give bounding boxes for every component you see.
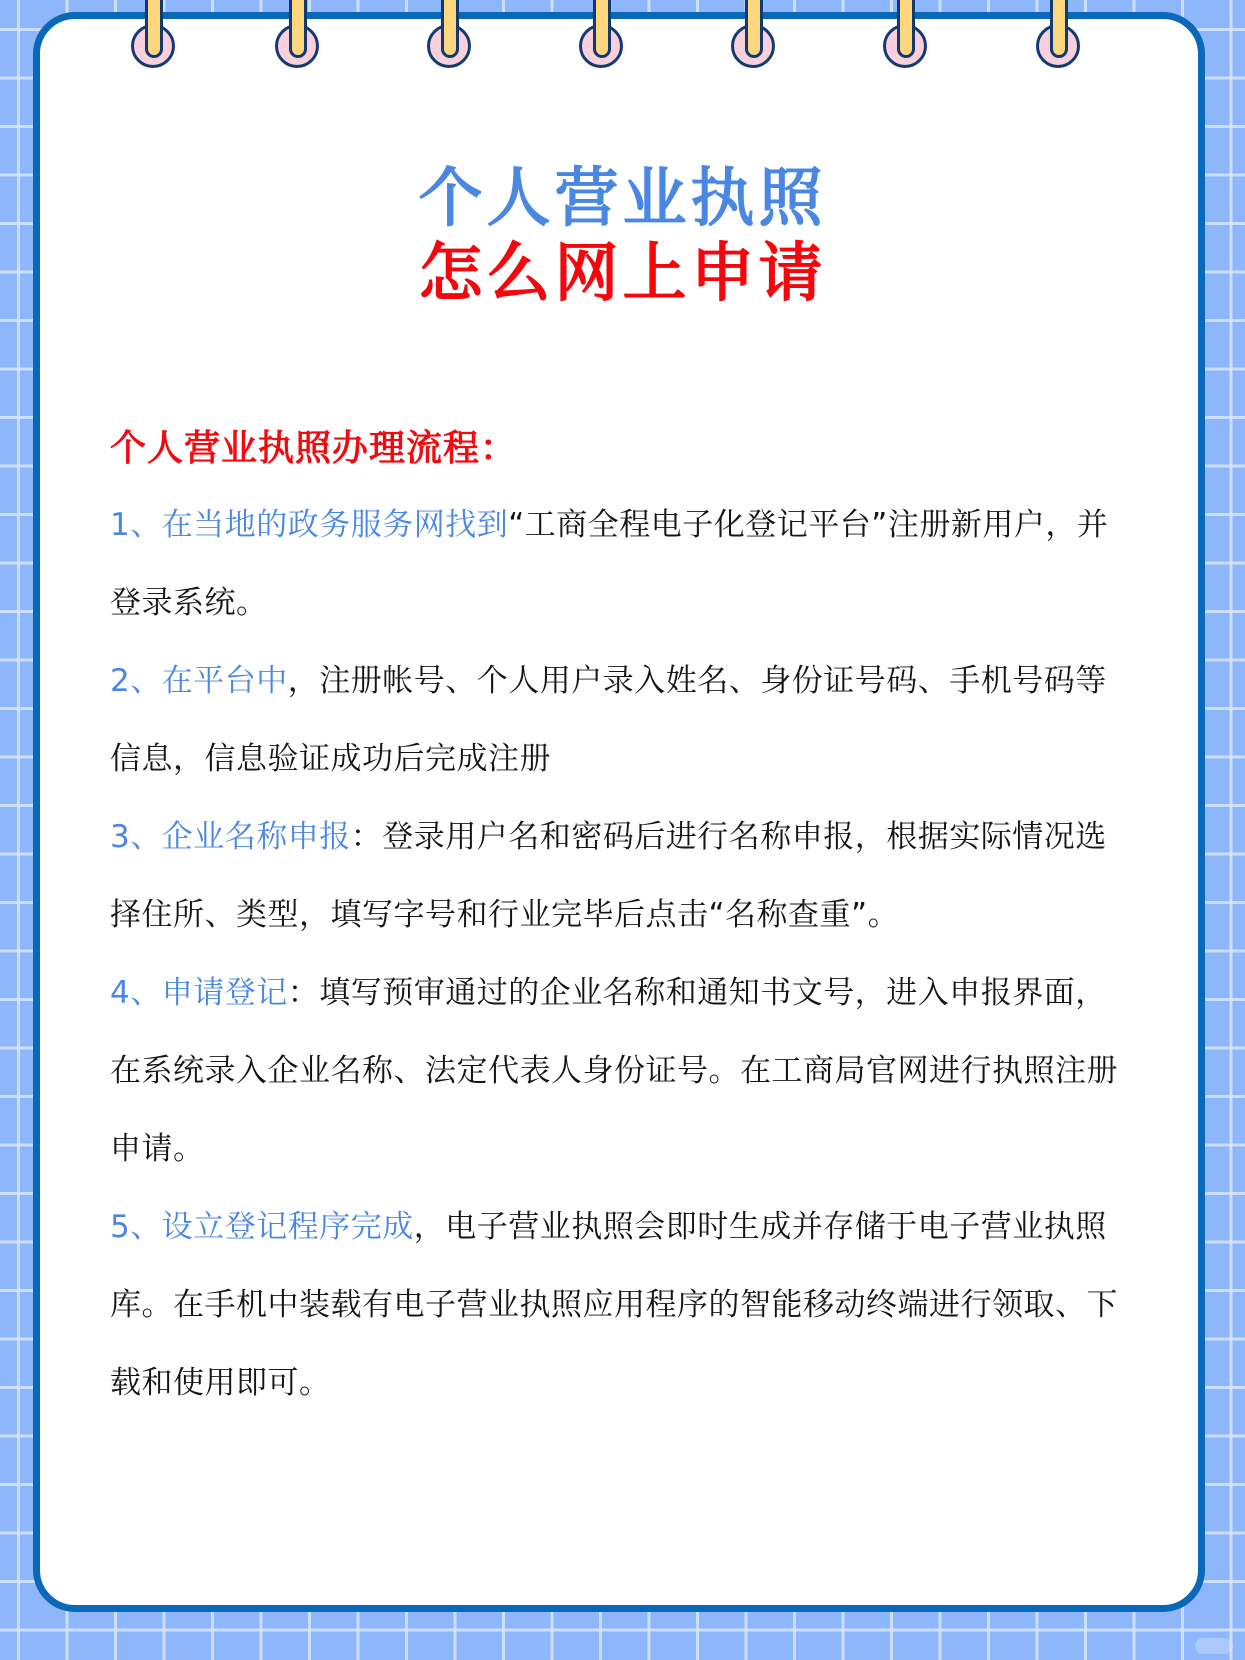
watermark — [1195, 1638, 1233, 1654]
steps-list: 1、在当地的政务服务网找到“工商全程电子化登记平台”注册新用户，并登录系统。 2… — [110, 486, 1130, 1422]
binder-ring-icon — [1036, 0, 1080, 70]
step-item: 5、设立登记程序完成，电子营业执照会即时生成并存储于电子营业执照库。在手机中装载… — [110, 1188, 1130, 1422]
step-item: 4、申请登记：填写预审通过的企业名称和通知书文号，进入申报界面，在系统录入企业名… — [110, 954, 1130, 1188]
section-heading: 个人营业执照办理流程： — [110, 420, 517, 471]
step-item: 1、在当地的政务服务网找到“工商全程电子化登记平台”注册新用户，并登录系统。 — [110, 486, 1130, 642]
step-lead: 1、在当地的政务服务网找到 — [110, 507, 508, 543]
binder-ring-icon — [579, 0, 623, 70]
step-lead: 3、企业名称申报 — [110, 819, 351, 855]
step-lead: 2、在平台中 — [110, 663, 288, 699]
page-title-line-1: 个人营业执照 — [0, 163, 1245, 235]
step-item: 2、在平台中，注册帐号、个人用户录入姓名、身份证号码、手机号码等信息，信息验证成… — [110, 642, 1130, 798]
step-item: 3、企业名称申报：登录用户名和密码后进行名称申报，根据实际情况选择住所、类型，填… — [110, 798, 1130, 954]
step-lead: 5、设立登记程序完成 — [110, 1209, 414, 1245]
step-lead: 4、申请登记 — [110, 975, 288, 1011]
binder-ring-icon — [275, 0, 319, 70]
binder-ring-icon — [731, 0, 775, 70]
binder-ring-icon — [883, 0, 927, 70]
page-title-line-2: 怎么网上申请 — [0, 238, 1245, 310]
binder-ring-icon — [427, 0, 471, 70]
binder-ring-icon — [131, 0, 175, 70]
